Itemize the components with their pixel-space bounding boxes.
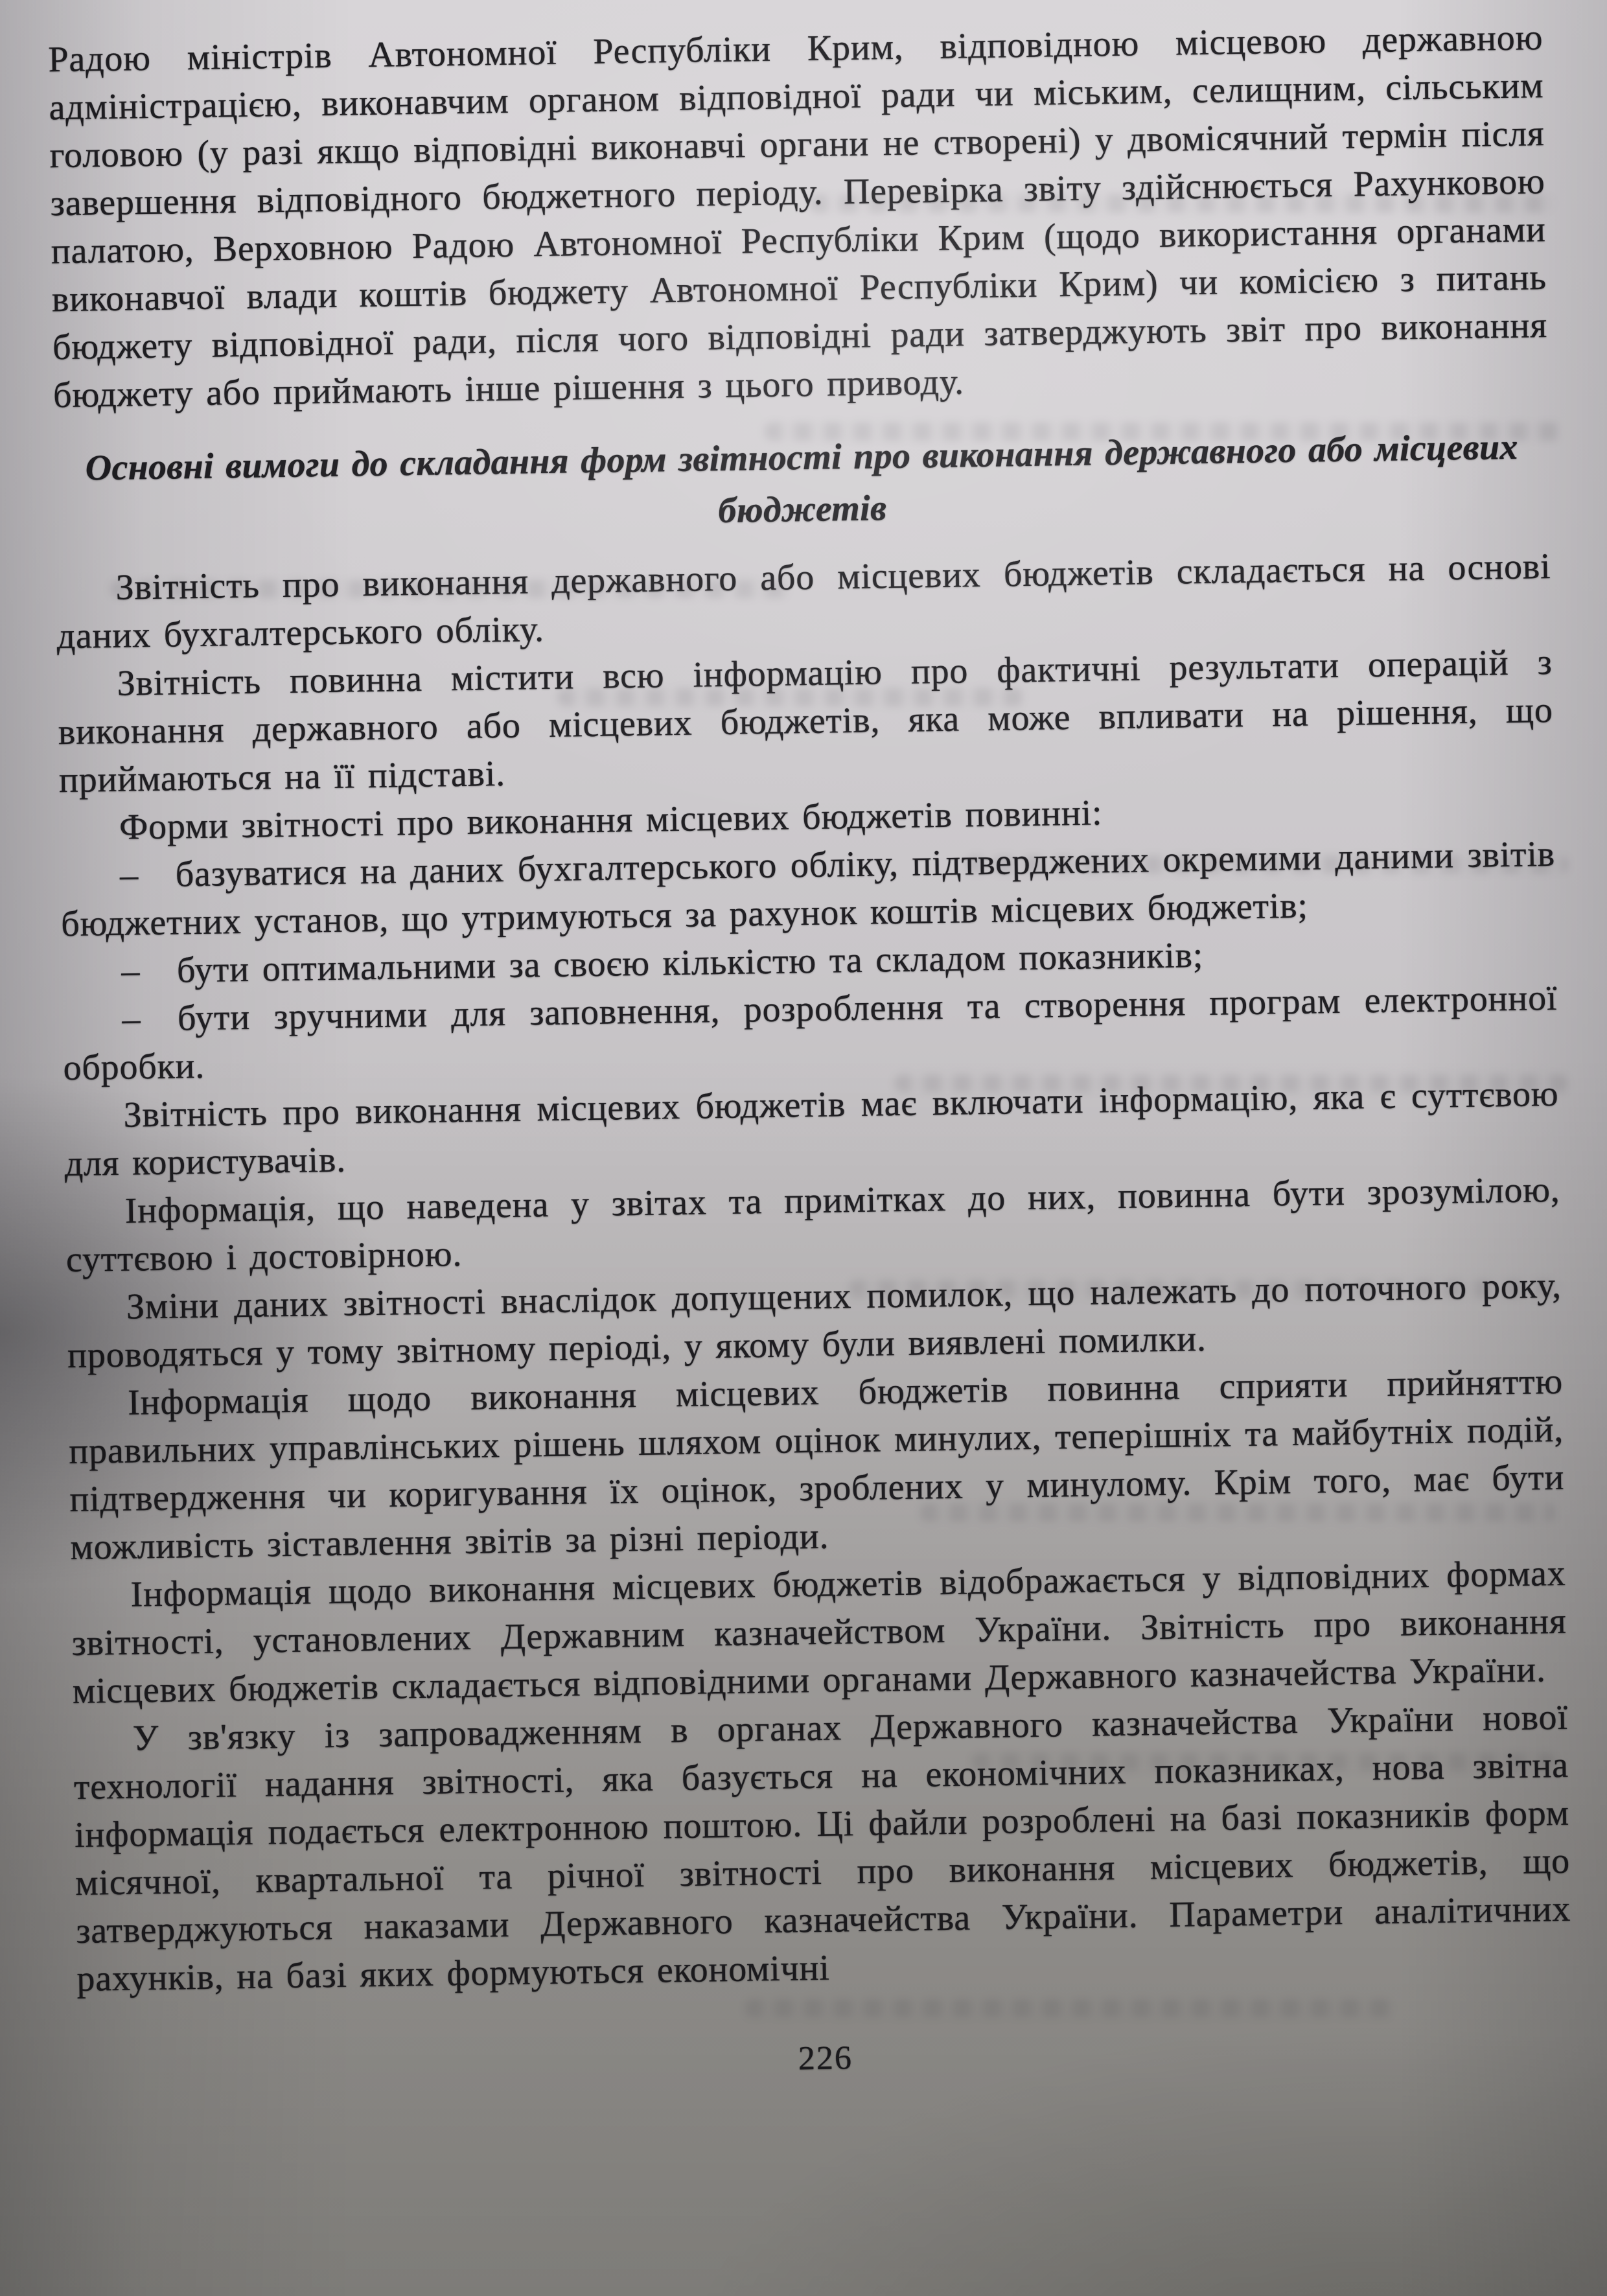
page-number: 226	[78, 2024, 1573, 2094]
paragraph: Радою міністрів Автономної Республіки Кр…	[48, 14, 1549, 419]
text-flow: Радою міністрів Автономної Республіки Кр…	[48, 14, 1572, 2003]
paragraph: Інформація щодо виконання місцевих бюдже…	[71, 1549, 1567, 1715]
paragraph: Інформація щодо виконання місцевих бюдже…	[68, 1358, 1566, 1571]
scanned-book-page: Радою міністрів Автономної Республіки Кр…	[0, 0, 1607, 2296]
section-heading: Основні вимоги до складання форм звітнос…	[63, 421, 1541, 546]
paragraph: Звітність повинна містити всю інформацію…	[57, 638, 1554, 804]
content: Радою міністрів Автономної Республіки Кр…	[48, 14, 1573, 2094]
paragraph: У зв'язку із запровадженням в органах Де…	[73, 1693, 1571, 2003]
